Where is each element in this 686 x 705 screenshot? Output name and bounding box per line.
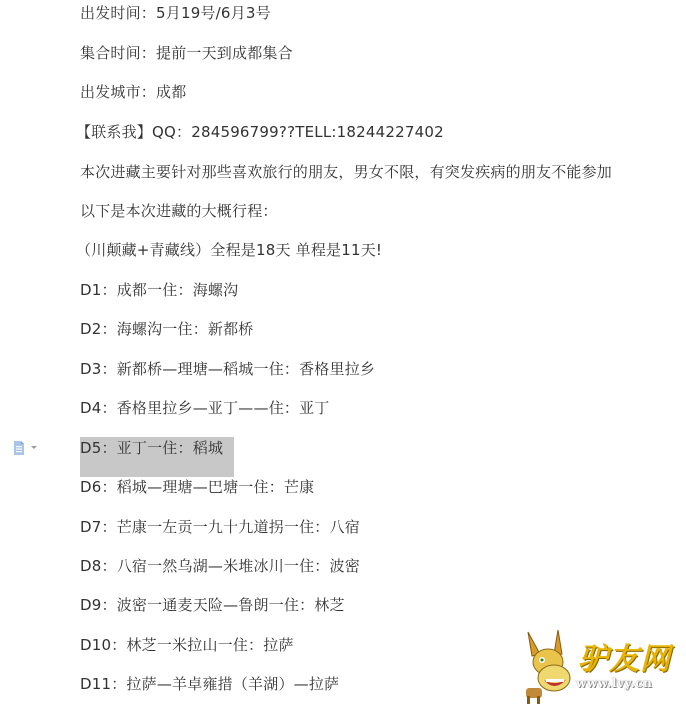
itinerary-day-11: D11：拉萨—羊卓雍措（羊湖）—拉萨 (80, 672, 339, 696)
paragraph-options-button[interactable] (13, 440, 41, 456)
donkey-mascot-icon (518, 628, 580, 705)
itinerary-day-2: D2：海螺沟一住：新都桥 (80, 317, 254, 341)
watermark-logo: 驴友网 www.lvy.cn (518, 628, 686, 705)
itinerary-day-8: D8：八宿一然乌湖—米堆冰川一住：波密 (80, 554, 360, 578)
departure-city: 出发城市：成都 (80, 80, 186, 104)
chevron-down-icon (31, 446, 37, 450)
contact-info: 【联系我】QQ：284596799??TELL:18244227402 (76, 120, 444, 144)
trip-description: 本次进藏主要针对那些喜欢旅行的朋友，男女不限，有突发疾病的朋友不能参加 (80, 160, 612, 184)
itinerary-day-9: D9：波密一通麦天险—鲁朗一住：林芝 (80, 593, 345, 617)
paragraph-options-icon (13, 441, 25, 455)
itinerary-day-4: D4：香格里拉乡—亚丁——住：亚丁 (80, 396, 330, 420)
watermark-name: 驴友网 (578, 634, 671, 678)
itinerary-day-6: D6：稻城—理塘—巴塘一住：芒康 (80, 475, 314, 499)
itinerary-day-7: D7：芒康一左贡一九十九道拐一住：八宿 (80, 515, 360, 539)
itinerary-day-5-selected[interactable]: D5：亚丁一住：稻城 (80, 436, 223, 460)
departure-time: 出发时间：5月19号/6月3号 (80, 1, 271, 25)
itinerary-day-1: D1：成都一住：海螺沟 (80, 278, 238, 302)
itinerary-day-10: D10：林芝一米拉山一住：拉萨 (80, 633, 294, 657)
itinerary-day-3: D3：新都桥—理塘—稻城一住：香格里拉乡 (80, 357, 375, 381)
gathering-time: 集合时间：提前一天到成都集合 (80, 41, 293, 65)
itinerary-intro: 以下是本次进藏的大概行程： (80, 199, 278, 223)
route-summary: （川颠藏+青藏线）全程是18天 单程是11天! (76, 238, 382, 262)
watermark-url: www.lvy.cn (576, 676, 652, 690)
